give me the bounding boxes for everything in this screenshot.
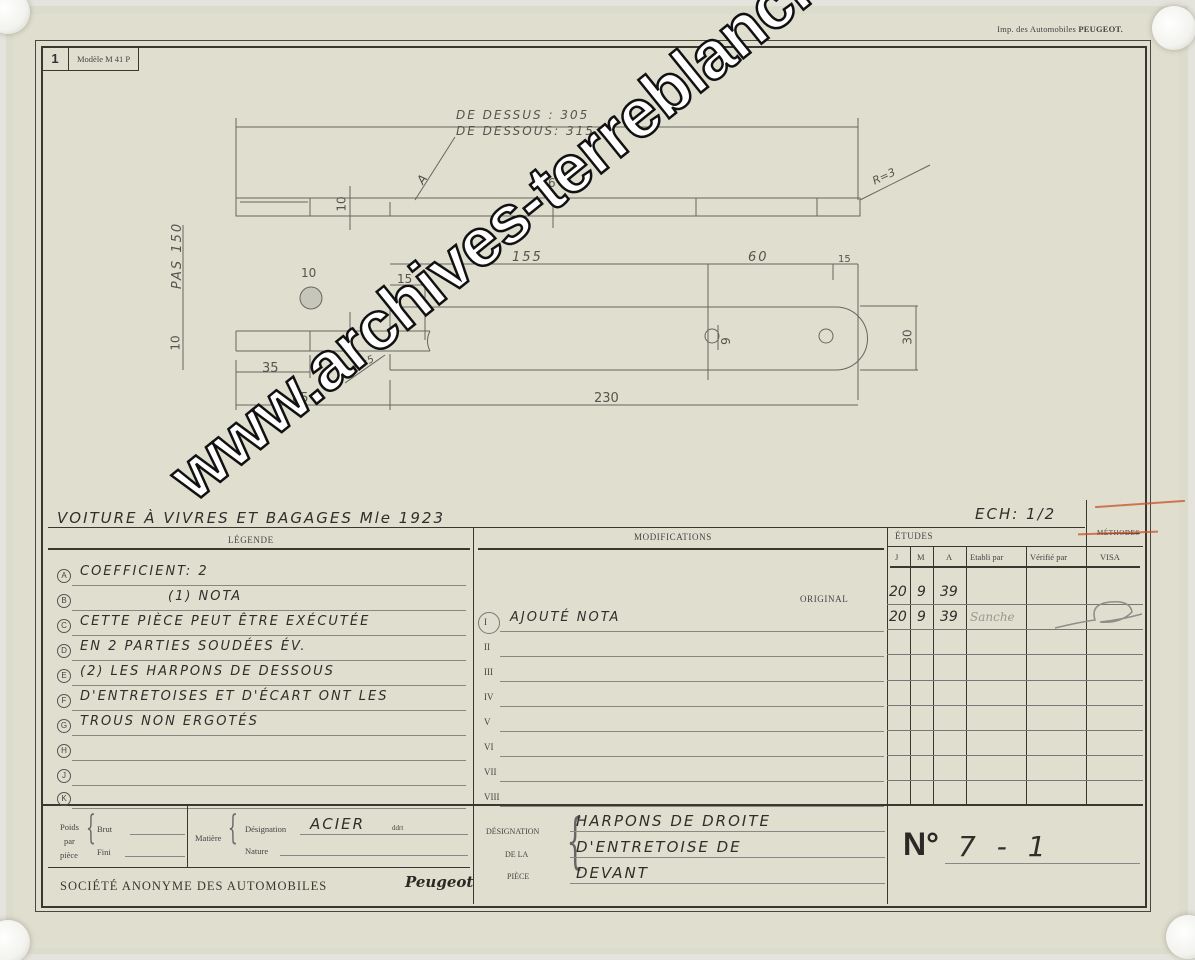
etudes-col-rule — [890, 566, 1140, 568]
col-j-divider — [910, 546, 911, 804]
modifications-header: MODIFICATIONS — [634, 532, 712, 542]
legend-row: J — [48, 763, 470, 788]
designation-label: Désignation — [245, 824, 286, 834]
part-rule — [570, 831, 885, 832]
dim-30: 30 — [901, 329, 915, 344]
legend-header: LÉGENDE — [228, 535, 274, 545]
revision-circle-icon — [478, 612, 500, 634]
svg-text:A: A — [413, 172, 430, 188]
part-number-prefix: N° — [903, 826, 939, 863]
part-number-rule — [945, 863, 1140, 864]
part-line-2: D'ENTRETOISE DE — [576, 838, 742, 856]
weight-brut-label: Brut — [97, 824, 112, 834]
legend-row: H — [48, 738, 470, 763]
part-number-value: 7 - 1 — [958, 830, 1052, 863]
col-etabli: Etabli par — [970, 552, 1003, 562]
material-brace-icon: { — [228, 808, 238, 848]
etudes-row2-j: 20 — [889, 609, 907, 625]
etudes-row1-j: 20 — [889, 584, 907, 600]
col-m: M — [917, 552, 925, 562]
weight-divider — [187, 805, 188, 867]
legend-header-rule — [48, 548, 470, 550]
modification-row: VIII — [478, 784, 884, 809]
modification-row: III — [478, 659, 884, 684]
col-a: A — [946, 552, 952, 562]
dim-230: 230 — [594, 391, 619, 406]
legend-row: E(2) LES HARPONS DE DESSOUS — [48, 663, 470, 688]
etudes-row-rule — [887, 730, 1143, 731]
weight-label-3: pièce — [60, 850, 78, 860]
etudes-row2-a: 39 — [940, 609, 958, 625]
modification-row: VI — [478, 734, 884, 759]
dim-height-10-side: 10 — [169, 335, 183, 350]
dim-pitch: PAS 150 — [170, 222, 185, 289]
col-verifie: Vérifié par — [1030, 552, 1067, 562]
weight-brace-icon: { — [86, 808, 96, 848]
part-line-1: HARPONS DE DROITE — [576, 812, 771, 830]
etudes-header: ÉTUDES — [895, 531, 933, 541]
title-rule — [48, 527, 1085, 528]
legend-row: GTROUS NON ERGOTÉS — [48, 713, 470, 738]
legend-row: DEN 2 PARTIES SOUDÉES ÉV. — [48, 638, 470, 663]
modification-row: IAJOUTÉ NOTA — [478, 609, 884, 634]
etudes-header-rule — [887, 546, 1143, 547]
etudes-row1-a: 39 — [940, 584, 958, 600]
nature-field — [280, 855, 468, 856]
part-label-3: PIÈCE — [507, 872, 529, 881]
part-rule — [570, 857, 885, 858]
dim-height-10-top: 10 — [335, 196, 349, 211]
modification-row: VII — [478, 759, 884, 784]
scale-label: ECH: 1/2 — [975, 505, 1056, 523]
vehicle-title: VOITURE À VIVRES ET BAGAGES Mle 1923 — [57, 509, 445, 527]
part-rule — [570, 883, 885, 884]
modification-row: IV — [478, 684, 884, 709]
original-label: ORIGINAL — [800, 594, 848, 604]
etudes-row-rule — [887, 654, 1143, 655]
etudes-row-rule — [887, 780, 1143, 781]
dim-9: 9 — [719, 337, 733, 345]
weight-label-1: Poids — [60, 822, 79, 832]
etudes-row2-m: 9 — [917, 609, 926, 625]
visa-signature-icon — [1050, 594, 1145, 634]
col-visa: VISA — [1100, 552, 1120, 562]
dim-15-right: 15 — [838, 254, 851, 265]
peugeot-logo: Peugeot — [405, 873, 473, 891]
modification-row: II — [478, 634, 884, 659]
designation-value: ACIER — [310, 815, 365, 833]
col-j: J — [895, 552, 898, 562]
legend-row: FD'ENTRETOISES ET D'ÉCART ONT LES — [48, 688, 470, 713]
etudes-row-rule — [887, 755, 1143, 756]
etudes-row1-m: 9 — [917, 584, 926, 600]
designation-suffix: ddrt — [392, 824, 403, 832]
divider-legend — [473, 527, 474, 904]
col-m-divider — [933, 546, 934, 804]
designation-field — [300, 834, 468, 835]
legend-row: ACOEFFICIENT: 2 — [48, 563, 470, 588]
dim-hole-diameter: 10 — [301, 266, 316, 280]
company-rule — [48, 867, 470, 868]
nature-label: Nature — [245, 846, 268, 856]
weight-fini-field — [125, 856, 185, 857]
part-line-3: DEVANT — [576, 864, 649, 882]
legend-row: CCETTE PIÈCE PEUT ÊTRE EXÉCUTÉE — [48, 613, 470, 638]
weight-fini-label: Fini — [97, 847, 111, 857]
col-a-divider — [966, 546, 967, 804]
dim-60: 60 — [748, 250, 769, 265]
col-etabli-divider — [1026, 546, 1027, 804]
part-label-2: DE LA — [505, 850, 528, 859]
weight-brut-field — [130, 834, 185, 835]
mod-header-rule — [478, 548, 884, 550]
etudes-row-rule — [887, 680, 1143, 681]
legend-row: B(1) NOTA — [48, 588, 470, 613]
etabli-signature: Sanche — [970, 610, 1015, 624]
part-label-1: DÉSIGNATION — [486, 827, 539, 836]
etudes-row-rule — [887, 705, 1143, 706]
material-label: Matière — [195, 833, 221, 843]
legend-row: K — [48, 786, 470, 811]
weight-label-2: par — [64, 836, 75, 846]
part-number-divider — [887, 805, 888, 902]
modification-row: V — [478, 709, 884, 734]
company-name: SOCIÉTÉ ANONYME DES AUTOMOBILES — [60, 879, 327, 894]
